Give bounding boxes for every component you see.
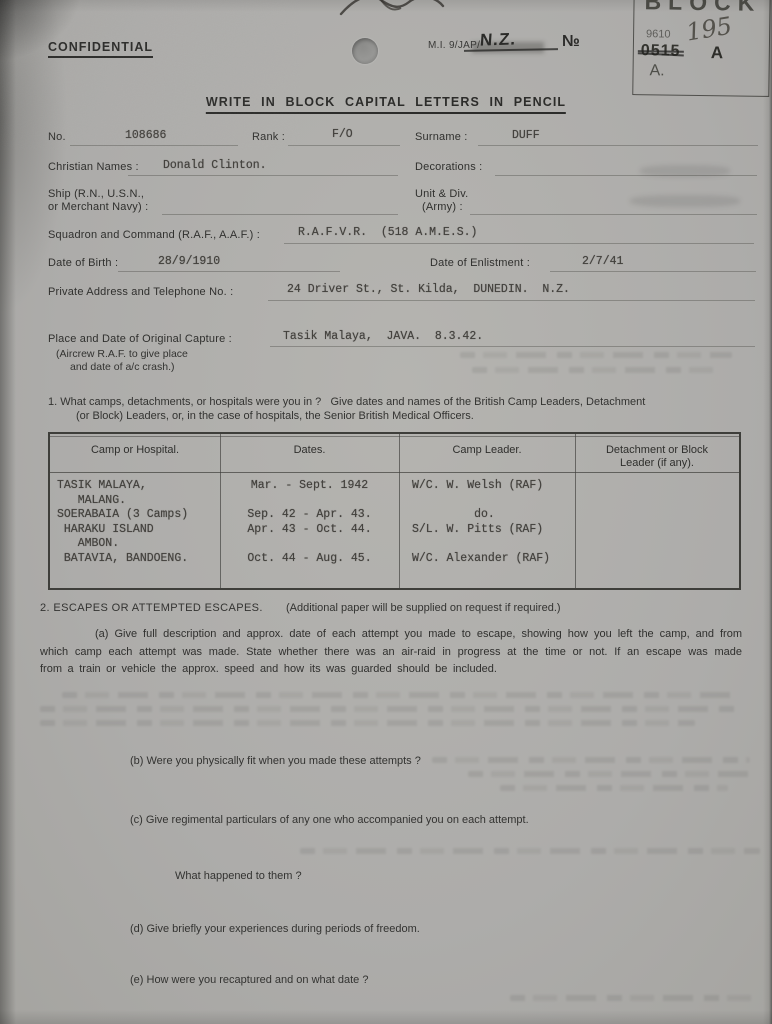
question-d: (d) Give briefly your experiences during… (130, 923, 420, 935)
bleed-through-smudge (630, 195, 740, 207)
cell-block (575, 508, 739, 523)
form-rule (470, 214, 757, 215)
question-b: (b) Were you physically fit when you mad… (130, 755, 421, 767)
capture-note-line1: (Aircrew R.A.F. to give place (56, 348, 188, 360)
table-header-row: Camp or Hospital. Dates. Camp Leader. De… (50, 437, 739, 472)
field-unit-label-line2: (Army) : (422, 201, 463, 213)
form-rule (128, 175, 398, 176)
confidential-label: CONFIDENTIAL (48, 40, 153, 58)
capture-note-line2: and date of a/c crash.) (70, 361, 174, 373)
scanned-pow-questionnaire-page: CONFIDENTIAL M.I. 9/JAP/ N.Z. № BLOCK 96… (0, 0, 772, 1024)
cell-dates: Apr. 43 - Oct. 44. (220, 523, 399, 552)
form-rule (284, 243, 754, 244)
cell-leader: do. (399, 508, 575, 523)
bleed-through-text (300, 848, 760, 854)
section2-heading-note: (Additional paper will be supplied on re… (286, 602, 561, 614)
field-ship-label-line1: Ship (R.N., U.S.N., (48, 188, 144, 200)
field-address-label: Private Address and Telephone No. : (48, 286, 233, 298)
question-e: (e) How were you recaptured and on what … (130, 974, 368, 986)
stamp-block-word: BLOCK (644, 0, 761, 17)
bleed-through-text (500, 785, 728, 791)
field-decorations-label: Decorations : (415, 161, 482, 173)
field-no-value: 108686 (125, 129, 166, 142)
stamp-letter-a-dot: A. (649, 62, 664, 80)
section2-paragraph-a: (a) Give full description and approx. da… (40, 626, 742, 679)
cell-leader: S/L. W. Pitts (RAF) (399, 523, 575, 552)
form-rule (118, 271, 340, 272)
field-enlistment-label: Date of Enlistment : (430, 257, 530, 269)
bleed-through-text (460, 352, 732, 358)
table-column-divider (220, 434, 221, 588)
field-address-value: 24 Driver St., St. Kilda, DUNEDIN. N.Z. (287, 283, 570, 296)
bleed-through-text (510, 995, 760, 1001)
bleed-through-text (62, 692, 734, 698)
bleed-through-text (432, 757, 750, 763)
field-squadron-value: R.A.F.V.R. (518 A.M.E.S.) (298, 226, 477, 239)
field-capture-value: Tasik Malaya, JAVA. 8.3.42. (283, 330, 483, 343)
question1-line1: 1. What camps, detachments, or hospitals… (48, 396, 645, 408)
camps-table: Camp or Hospital. Dates. Camp Leader. De… (48, 432, 741, 590)
form-rule (478, 145, 758, 146)
cell-camp: TASIK MALAYA, MALANG. (50, 479, 220, 508)
cell-dates: Sep. 42 - Apr. 43. (220, 508, 399, 523)
page-title: WRITE IN BLOCK CAPITAL LETTERS IN PENCIL (206, 95, 566, 114)
stamp-small-number: 9610 (646, 28, 671, 40)
header-camp-or-hospital: Camp or Hospital. (50, 437, 220, 472)
field-capture-label: Place and Date of Original Capture : (48, 333, 232, 345)
cell-dates: Oct. 44 - Aug. 45. (220, 552, 399, 567)
form-rule (550, 271, 756, 272)
bleed-through-text (40, 720, 695, 726)
field-enlistment-value: 2/7/41 (582, 255, 623, 268)
form-rule (268, 300, 755, 301)
table-row: BATAVIA, BANDOENG.Oct. 44 - Aug. 45.W/C.… (50, 552, 739, 567)
field-rank-label: Rank : (252, 131, 285, 143)
header-dates: Dates. (220, 437, 399, 472)
number-symbol: № (562, 33, 580, 51)
field-christian-names-label: Christian Names : (48, 161, 139, 173)
cell-camp: HARAKU ISLAND AMBON. (50, 523, 220, 552)
punch-hole (352, 38, 378, 64)
cell-camp: SOERABAIA (3 Camps) (50, 508, 220, 523)
field-christian-names-value: Donald Clinton. (163, 159, 267, 172)
cell-block (575, 552, 739, 567)
field-no-label: No. (48, 131, 66, 143)
header-camp-leader: Camp Leader. (399, 437, 575, 472)
header-detachment-leader: Detachment or Block Leader (if any). (575, 437, 739, 472)
bleed-through-text (40, 706, 740, 712)
form-rule (270, 346, 755, 347)
field-rank-value: F/O (332, 128, 353, 141)
bleed-through-smudge (640, 165, 730, 177)
cell-dates: Mar. - Sept. 1942 (220, 479, 399, 508)
bleed-through-text (468, 771, 754, 777)
stamp-letter-a: A (711, 43, 724, 63)
cell-camp: BATAVIA, BANDOENG. (50, 552, 220, 567)
cell-leader: W/C. Alexander (RAF) (399, 552, 575, 567)
question-c: (c) Give regimental particulars of any o… (130, 814, 529, 826)
field-squadron-label: Squadron and Command (R.A.F., A.A.F.) : (48, 229, 260, 241)
table-row: HARAKU ISLAND AMBON.Apr. 43 - Oct. 44.S/… (50, 523, 739, 552)
table-row: TASIK MALAYA, MALANG.Mar. - Sept. 1942W/… (50, 479, 739, 508)
form-rule (162, 214, 398, 215)
section2-heading: 2. ESCAPES OR ATTEMPTED ESCAPES. (40, 602, 263, 614)
bleed-through-text (472, 367, 718, 373)
field-surname-label: Surname : (415, 131, 468, 143)
block-stamp-box: BLOCK 9610 195 0515 A A. (632, 0, 771, 97)
question1-line2: (or Block) Leaders, or, in the case of h… (76, 410, 474, 422)
cell-block (575, 479, 739, 508)
form-rule (288, 145, 400, 146)
table-row: SOERABAIA (3 Camps)Sep. 42 - Apr. 43. do… (50, 508, 739, 523)
table-column-divider (399, 434, 400, 588)
nz-handwritten-overwrite: N.Z. (479, 29, 517, 50)
cell-block (575, 523, 739, 552)
handwritten-scrawl (335, 0, 455, 20)
field-unit-label-line1: Unit & Div. (415, 188, 468, 200)
stamp-pencil-number: 195 (684, 12, 734, 47)
paper-texture (0, 0, 300, 150)
field-dob-label: Date of Birth : (48, 257, 118, 269)
question-c-followup: What happened to them ? (175, 870, 302, 882)
field-ship-label-line2: or Merchant Navy) : (48, 201, 148, 213)
field-dob-value: 28/9/1910 (158, 255, 220, 268)
camps-table-body: TASIK MALAYA, MALANG.Mar. - Sept. 1942W/… (50, 473, 739, 588)
field-surname-value: DUFF (512, 129, 540, 142)
form-rule (70, 145, 238, 146)
table-column-divider (575, 434, 576, 588)
cell-leader: W/C. W. Welsh (RAF) (399, 479, 575, 508)
